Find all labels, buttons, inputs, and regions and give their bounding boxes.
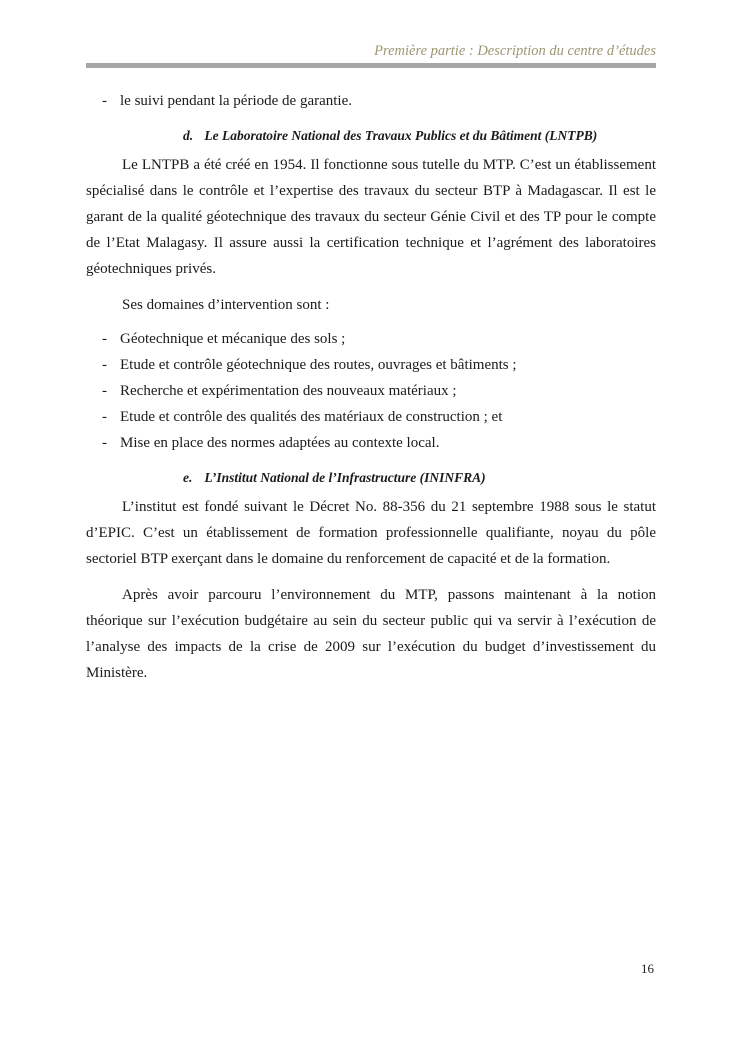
document-page: Première partie : Description du centre … <box>0 0 744 1053</box>
list-item-text: le suivi pendant la période de garantie. <box>120 88 352 114</box>
paragraph-ininfra: L’institut est fondé suivant le Décret N… <box>86 494 656 572</box>
paragraph-transition: Après avoir parcouru l’environnement du … <box>86 582 656 686</box>
list-item-text: Etude et contrôle géotechnique des route… <box>120 352 517 378</box>
list-item: - Mise en place des normes adaptées au c… <box>86 430 656 456</box>
running-title: Première partie : Description du centre … <box>86 42 656 60</box>
domains-list: - Géotechnique et mécanique des sols ; -… <box>86 326 656 456</box>
section-heading-d: d. Le Laboratoire National des Travaux P… <box>183 126 656 146</box>
list-item: - Géotechnique et mécanique des sols ; <box>86 326 656 352</box>
paragraph-domains-intro: Ses domaines d’intervention sont : <box>86 292 656 318</box>
list-item: - Etude et contrôle des qualités des mat… <box>86 404 656 430</box>
paragraph-lntpb: Le LNTPB a été créé en 1954. Il fonction… <box>86 152 656 282</box>
list-item-text: Recherche et expérimentation des nouveau… <box>120 378 457 404</box>
list-dash: - <box>102 430 120 456</box>
page-number: 16 <box>641 961 654 977</box>
list-item-text: Etude et contrôle des qualités des matér… <box>120 404 502 430</box>
list-item: - Recherche et expérimentation des nouve… <box>86 378 656 404</box>
list-dash: - <box>102 326 120 352</box>
section-label: e. <box>183 468 201 488</box>
section-title: L’Institut National de l’Infrastructure … <box>204 470 485 485</box>
list-dash: - <box>102 88 120 114</box>
list-item-text: Géotechnique et mécanique des sols ; <box>120 326 345 352</box>
list-item-text: Mise en place des normes adaptées au con… <box>120 430 439 456</box>
list-item: - le suivi pendant la période de garanti… <box>86 88 656 114</box>
section-label: d. <box>183 126 201 146</box>
header-rule <box>86 63 656 68</box>
list-dash: - <box>102 404 120 430</box>
document-body: - le suivi pendant la période de garanti… <box>86 88 656 686</box>
page-header: Première partie : Description du centre … <box>0 0 744 68</box>
list-dash: - <box>102 352 120 378</box>
list-item: - Etude et contrôle géotechnique des rou… <box>86 352 656 378</box>
section-title: Le Laboratoire National des Travaux Publ… <box>204 128 597 143</box>
section-heading-e: e. L’Institut National de l’Infrastructu… <box>183 468 656 488</box>
list-dash: - <box>102 378 120 404</box>
